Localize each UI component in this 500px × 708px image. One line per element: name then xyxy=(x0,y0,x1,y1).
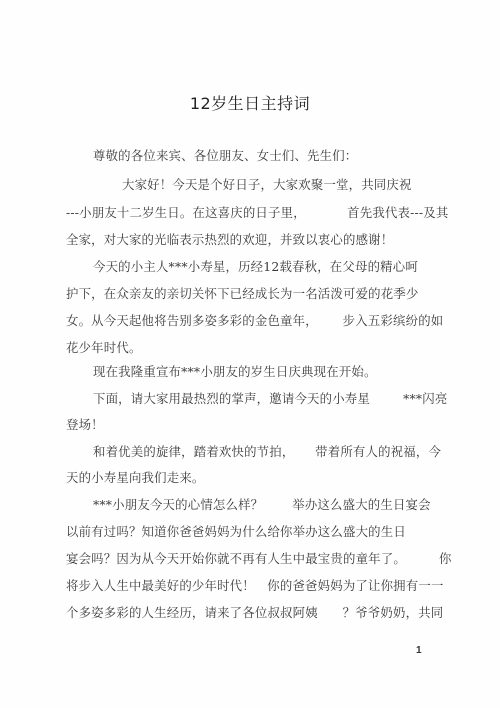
paragraph-line: 宴会吗？因为从今天开始你就不再有人生中最宝贵的童年了。 你 xyxy=(66,549,452,567)
paragraph-line: ---小朋友十二岁生日。在这喜庆的日子里， 首先我代表---及其 xyxy=(66,203,448,221)
paragraph-line: 护下，在众亲友的亲切关怀下已经成长为一名活泼可爱的花季少 xyxy=(66,284,419,302)
paragraph-line: 和着优美的旋律，踏着欢快的节拍， 带着所有人的祝福，今 xyxy=(93,442,441,460)
paragraph-line: 全家，对大家的光临表示热烈的欢迎，并致以衷心的感谢！ xyxy=(66,230,393,248)
paragraph-line: 花少年时代。 xyxy=(66,338,142,356)
paragraph-line: 个多姿多彩的人生经历，请来了各位叔叔阿姨 ？爷爷奶奶，共同 xyxy=(66,603,443,621)
paragraph-line: 下面，请大家用最热烈的掌声，邀请今天的小寿星 ***闪亮 xyxy=(93,389,447,407)
paragraph-line: 现在我隆重宣布***小朋友的岁生日庆典现在开始。 xyxy=(93,362,377,380)
paragraph-line: 天的小寿星向我们走来。 xyxy=(66,468,205,486)
paragraph-line: 今天的小主人***小寿星，历经12载春秋，在父母的精心呵 xyxy=(93,257,418,275)
salutation: 尊敬的各位来宾、各位朋友、女士们、先生们： xyxy=(93,146,357,164)
paragraph-line: 女。从今天起他将告别多姿多彩的金色童年， 步入五彩缤纷的如 xyxy=(66,311,443,329)
paragraph-line: ***小朋友今天的心情怎么样？ 举办这么盛大的生日宴会 xyxy=(93,495,431,513)
paragraph-line: 大家好！今天是个好日子，大家欢聚一堂，共同庆祝 xyxy=(122,175,412,193)
document-title: 12岁生日主持词 xyxy=(0,91,500,114)
page-number: 1 xyxy=(416,645,422,656)
paragraph-line: 登场！ xyxy=(66,415,104,433)
paragraph-line: 将步入人生中最美好的少年时代！ 你的爸爸妈妈为了让你拥有一一 xyxy=(66,576,444,594)
paragraph-line: 以前有过吗？知道你爸爸妈妈为什么给你举办这么盛大的生日 xyxy=(66,522,406,540)
document-page: 12岁生日主持词 尊敬的各位来宾、各位朋友、女士们、先生们： 大家好！今天是个好… xyxy=(0,0,500,708)
